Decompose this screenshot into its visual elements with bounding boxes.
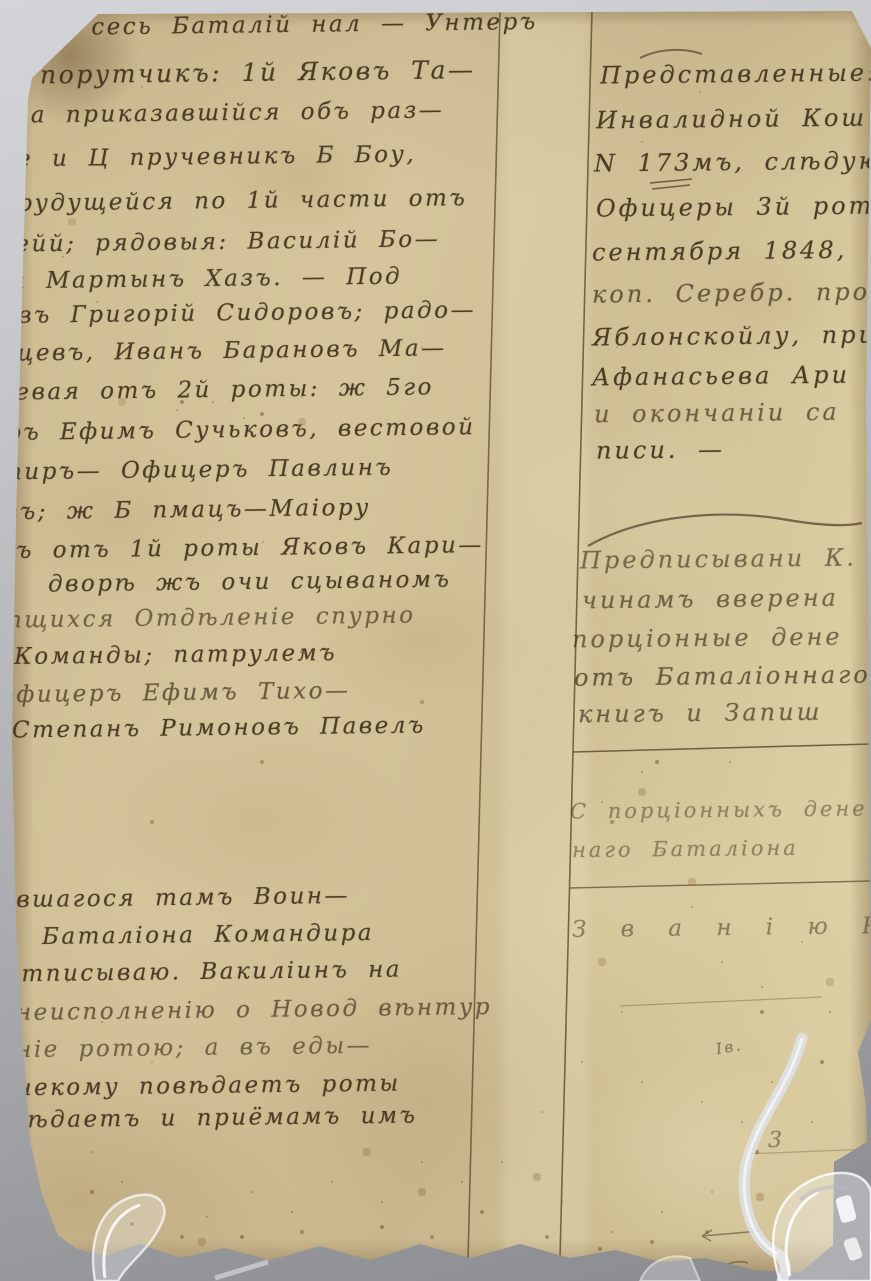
manuscript-line: въ; ж Б пмацъ—Маіору: [4, 497, 371, 524]
manuscript-line: дворѣ жъ очи сцываномъ: [48, 569, 452, 597]
manuscript-line: Степанъ Римоновъ Павелъ: [12, 714, 426, 742]
manuscript-paper: ли сесь Баталій нал — Унтеръ и порутчикъ…: [0, 0, 871, 1281]
manuscript-line: За приказавшійся объ раз—: [14, 99, 444, 127]
manuscript-line: Представленные:: [600, 61, 871, 88]
manuscript-line: С порціонныхъ дене: [570, 798, 868, 822]
manuscript-line: квшагося тамъ Воин—: [0, 885, 350, 912]
manuscript-line: тиръ— Офицеръ Павлинъ: [0, 457, 393, 485]
manuscript-line: порціонные дене: [572, 625, 843, 652]
manuscript-line: сейй; рядовыя: Василій Бо—: [0, 228, 440, 256]
manuscript-line: въ Григорій Сидоровъ; радо—: [18, 299, 476, 328]
manuscript-line: Отписываю. Вакиліинъ на: [0, 959, 402, 987]
manuscript-line: Вѣдаетъ и приёмамъ имъ: [8, 1105, 418, 1133]
manuscript-line: тщихся Отдѣленіе спурно: [0, 604, 416, 632]
manuscript-line: офицеръ Ефимъ Тихо—: [0, 680, 351, 707]
manuscript-line: коп. Серебр. прод: [592, 279, 871, 306]
manuscript-line: и окончаніи са: [594, 400, 840, 427]
manuscript-line: де и Ц пручевникъ Б Боу,: [0, 143, 416, 171]
manuscript-line: Офицеры 3й рот: [596, 194, 871, 221]
manuscript-line: книгъ и Запиш: [578, 700, 823, 727]
manuscript-line: писи. —: [596, 437, 725, 462]
table-row-label: З в а н і ю Р: [572, 915, 871, 942]
manuscript-photo: ли сесь Баталій нал — Унтеръ и порутчикъ…: [0, 0, 871, 1281]
corner-note: Ів.: [715, 1038, 744, 1057]
manuscript-line: Предписывани К.: [580, 546, 857, 573]
manuscript-line: севая отъ 2й роты: ж 5го: [0, 376, 434, 404]
manuscript-line: неисполненію о Новод вѣнтур: [16, 996, 492, 1025]
manuscript-line: Команды; патрулемъ: [14, 642, 337, 669]
manuscript-line: прудущейся по 1й части отъ: [0, 187, 467, 216]
manuscript-line: ли сесь Баталій нал — Унтеръ: [38, 11, 538, 40]
manuscript-line: и порутчикъ: 1й Яковъ Та—: [2, 57, 476, 88]
manuscript-line: йцевъ, Иванъ Барановъ Ма—: [0, 337, 447, 365]
manuscript-line: онекому повѣдаетъ роты: [0, 1073, 401, 1101]
manuscript-line: сентября 1848, к: [592, 237, 871, 264]
manuscript-line: Инвалидной Кош: [596, 106, 867, 133]
manuscript-line: ій Мартынъ Хазъ. — Под: [0, 266, 402, 294]
manuscript-line: наго Баталіона: [572, 838, 799, 861]
manuscript-line: Яблонскойлу, при: [592, 323, 871, 350]
manuscript-line: чинамъ вверена: [582, 586, 839, 613]
corner-number: 3: [768, 1130, 785, 1152]
manuscript-line: Афанасьева Ари: [592, 363, 850, 390]
manuscript-line: аніе ротою; а въ еды—: [0, 1035, 372, 1063]
manuscript-line: N 173мъ, слѣдую: [594, 148, 871, 175]
manuscript-line: отъ Баталіоннаго—: [574, 662, 871, 689]
manuscript-line: Баталіона Командира: [42, 922, 374, 949]
manuscript-line: ъ отъ 1й роты Яковъ Кари—: [16, 534, 484, 563]
manuscript-line: ръ Ефимъ Сучьковъ, вестовой: [6, 416, 476, 445]
